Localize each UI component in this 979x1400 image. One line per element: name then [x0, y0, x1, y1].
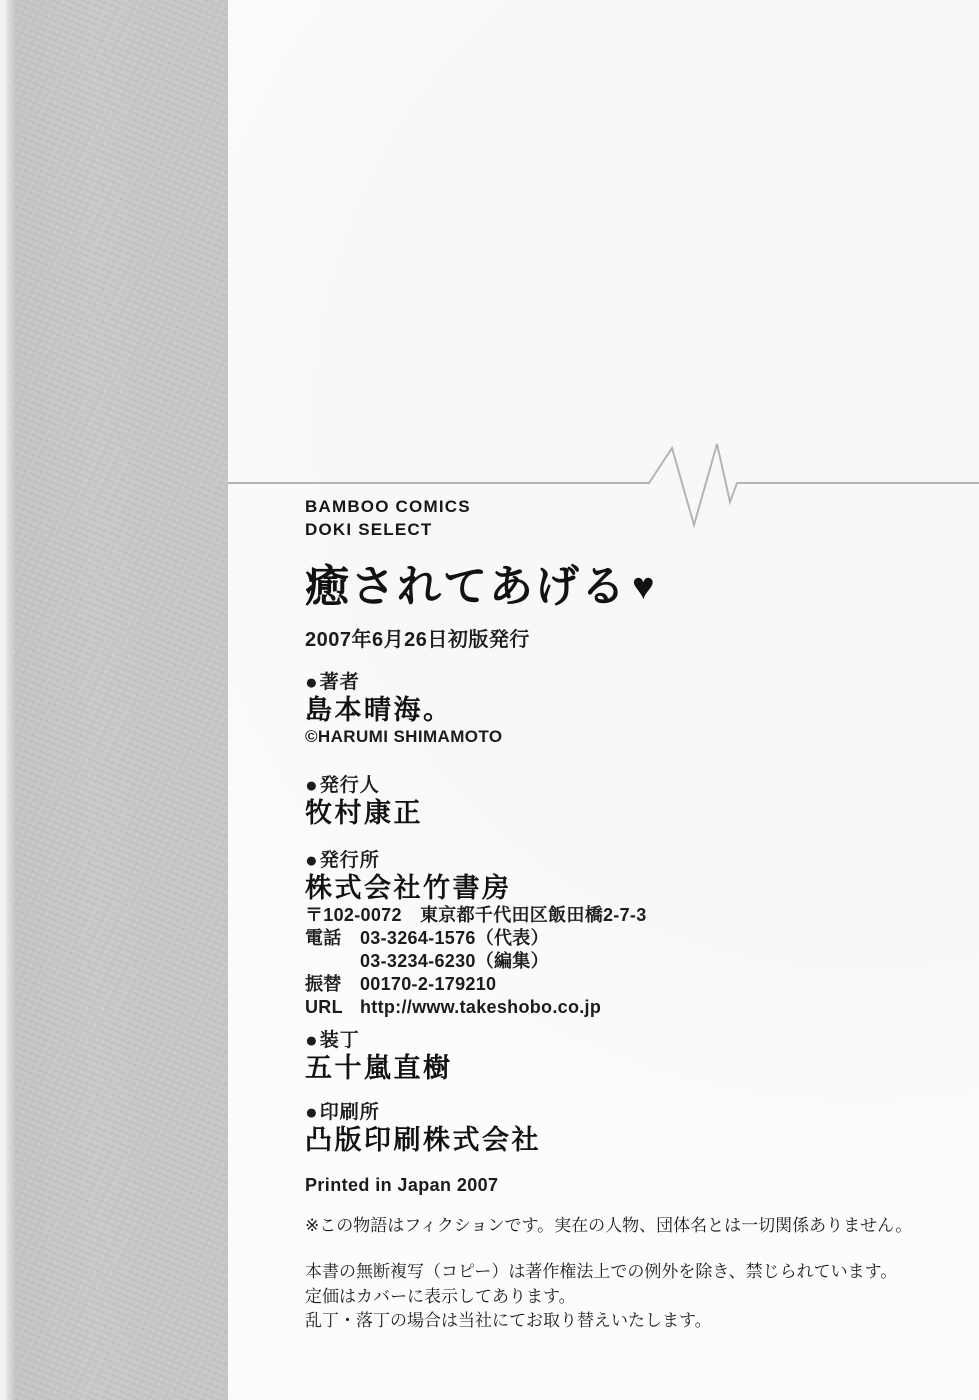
publisher-label-text: 発行所 — [320, 850, 380, 872]
defect-notice: 乱丁・落丁の場合は当社にてお取り替えいたします。 — [305, 1309, 920, 1334]
publisher-info: 〒102-0072 東京都千代田区飯田橋2-7-3 電話 03-3264-157… — [305, 904, 920, 1019]
copyright-notice: 本書の無断複写（コピー）は著作権法上での例外を除き、禁じられています。 — [305, 1260, 920, 1285]
legal-notices: 本書の無断複写（コピー）は著作権法上での例外を除き、禁じられています。 定価はカ… — [305, 1260, 920, 1334]
design-section-label: ● 装丁 — [305, 1030, 920, 1052]
book-title: 癒されてあげる♥ — [305, 563, 920, 613]
phone-row-2: 03-3234-6230（編集） — [305, 950, 920, 973]
printed-in-note: Printed in Japan 2007 — [305, 1174, 920, 1196]
printer-section: ● 印刷所 凸版印刷株式会社 — [305, 1102, 920, 1156]
imprint-line-1: BAMBOO COMICS — [305, 495, 920, 518]
author-label-text: 著者 — [320, 672, 360, 694]
phone-row-1: 電話 03-3264-1576（代表） — [305, 927, 920, 950]
publisher-name: 株式会社竹書房 — [305, 872, 920, 904]
printer-name: 凸版印刷株式会社 — [305, 1124, 920, 1156]
design-section: ● 装丁 五十嵐直樹 — [305, 1030, 920, 1084]
publisher-person-name: 牧村康正 — [305, 797, 920, 829]
colophon-page: BAMBOO COMICS DOKI SELECT 癒されてあげる♥ 2007年… — [0, 0, 979, 1400]
bullet-icon: ● — [305, 672, 319, 694]
book-title-text: 癒されてあげる — [305, 562, 627, 611]
url-row: URL http://www.takeshobo.co.jp — [305, 996, 920, 1019]
author-section-label: ● 著者 — [305, 672, 920, 694]
colophon-content: BAMBOO COMICS DOKI SELECT 癒されてあげる♥ 2007年… — [305, 495, 920, 1334]
page-spine — [0, 0, 228, 1400]
url-label: URL — [305, 996, 360, 1019]
imprint-line-2: DOKI SELECT — [305, 518, 920, 541]
bullet-icon: ● — [305, 850, 319, 872]
edition-date: 2007年6月26日初版発行 — [305, 629, 920, 652]
publisher-person-label: ● 発行人 — [305, 775, 920, 797]
design-label-text: 装丁 — [320, 1030, 360, 1052]
phone-number-editorial: 03-3234-6230（編集） — [360, 950, 549, 973]
imprint-block: BAMBOO COMICS DOKI SELECT — [305, 495, 920, 541]
transfer-row: 振替 00170-2-179210 — [305, 973, 920, 996]
bullet-icon: ● — [305, 1030, 319, 1052]
postal-address-row: 〒102-0072 東京都千代田区飯田橋2-7-3 — [305, 904, 920, 927]
address: 東京都千代田区飯田橋2-7-3 — [420, 904, 647, 927]
postal-code: 〒102-0072 — [305, 904, 420, 927]
phone-label: 電話 — [305, 927, 360, 950]
price-notice: 定価はカバーに表示してあります。 — [305, 1285, 920, 1310]
spine-torn-edge — [0, 0, 16, 1400]
publisher-section: ● 発行所 株式会社竹書房 〒102-0072 東京都千代田区飯田橋2-7-3 … — [305, 850, 920, 1019]
author-section: ● 著者 島本晴海。 ©HARUMI SHIMAMOTO — [305, 672, 920, 747]
publisher-section-label: ● 発行所 — [305, 850, 920, 872]
bullet-icon: ● — [305, 1102, 319, 1124]
printer-label-text: 印刷所 — [320, 1102, 380, 1124]
author-copyright: ©HARUMI SHIMAMOTO — [305, 726, 920, 747]
phone-label-spacer — [305, 950, 360, 973]
author-name: 島本晴海。 — [305, 694, 920, 726]
publisher-person-section: ● 発行人 牧村康正 — [305, 775, 920, 829]
url-value: http://www.takeshobo.co.jp — [360, 996, 601, 1019]
designer-name: 五十嵐直樹 — [305, 1052, 920, 1084]
transfer-label: 振替 — [305, 973, 360, 996]
printer-section-label: ● 印刷所 — [305, 1102, 920, 1124]
fiction-disclaimer: ※この物語はフィクションです。実在の人物、団体名とは一切関係ありません。 — [305, 1215, 920, 1237]
phone-number-main: 03-3264-1576（代表） — [360, 927, 549, 950]
publisher-person-label-text: 発行人 — [320, 775, 380, 797]
bullet-icon: ● — [305, 775, 319, 797]
transfer-number: 00170-2-179210 — [360, 973, 496, 996]
heart-icon: ♥ — [632, 566, 657, 608]
